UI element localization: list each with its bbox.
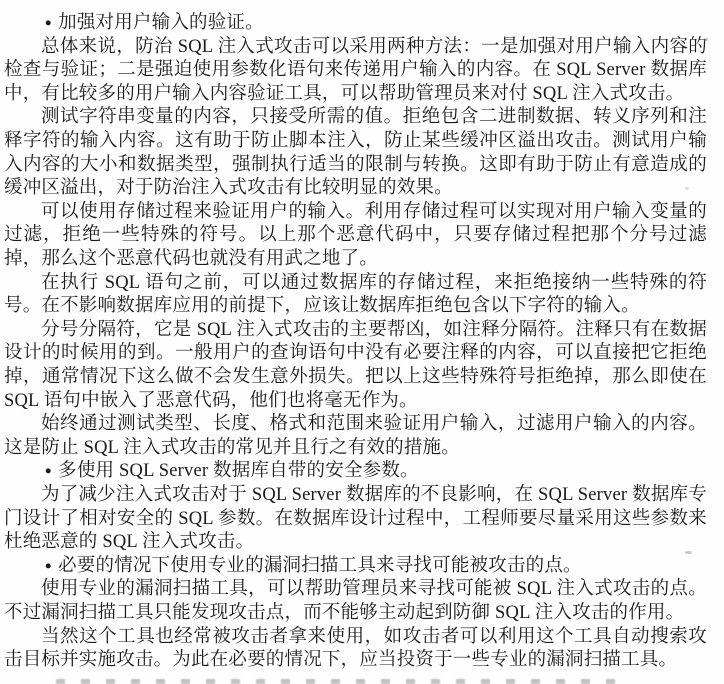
- paragraph-test-string-variables: 测试字符串变量的内容，只接受所需的值。拒绝包含二进制数据、转义序列和注释字符的输…: [4, 106, 707, 200]
- paragraph-text: 始终通过测试类型、长度、格式和范围来验证用户输入，过滤用户输入的内容。这是防止 …: [4, 414, 707, 458]
- paragraph-text: 可以使用存储过程来验证用户的输入。利用存储过程可以实现对用户输入变量的过滤，拒绝…: [4, 202, 707, 269]
- document-page: ●加强对用户输入的验证。 总体来说，防治 SQL 注入式攻击可以采用两种方法：一…: [0, 0, 724, 684]
- paragraph-text: 总体来说，防治 SQL 注入式攻击可以采用两种方法：一是加强对用户输入内容的检查…: [4, 37, 707, 104]
- paragraph-semicolon-delimiter: 分号分隔符，它是 SQL 注入式攻击的主要帮凶，如注释分隔符。注释只有在数据设计…: [4, 319, 707, 413]
- paragraph-text: 为了减少注入式攻击对于 SQL Server 数据库的不良影响，在 SQL Se…: [4, 485, 707, 552]
- bullet-item-vulnerability-scanner: ●必要的情况下使用专业的漏洞扫描工具来寻找可能被攻击的点。: [4, 555, 707, 579]
- paragraph-scanner-usage: 使用专业的漏洞扫描工具，可以帮助管理员来寻找可能被 SQL 注入式攻击的点。不过…: [4, 578, 707, 625]
- paragraph-always-validate: 始终通过测试类型、长度、格式和范围来验证用户输入，过滤用户输入的内容。这是防止 …: [4, 413, 707, 460]
- paragraph-text: 分号分隔符，它是 SQL 注入式攻击的主要帮凶，如注释分隔符。注释只有在数据设计…: [4, 320, 707, 411]
- paragraph-text: 当然这个工具也经常被攻击者拿来使用，如攻击者可以利用这个工具自动搜索攻击目标并实…: [4, 627, 707, 671]
- scan-speck-artifact: [685, 187, 689, 190]
- bullet-item-text: 必要的情况下使用专业的漏洞扫描工具来寻找可能被攻击的点。: [58, 556, 582, 576]
- bullet-item-safe-parameters: ●多使用 SQL Server 数据库自带的安全参数。: [4, 460, 707, 484]
- paragraph-text: 在执行 SQL 语句之前，可以通过数据库的存储过程，来拒绝接纳一些特殊的符号。在…: [4, 273, 707, 317]
- paragraph-text: 使用专业的漏洞扫描工具，可以帮助管理员来寻找可能被 SQL 注入式攻击的点。不过…: [4, 579, 707, 623]
- bullet-icon: ●: [45, 460, 52, 484]
- bullet-icon: ●: [45, 555, 52, 579]
- bullet-item-text: 加强对用户输入的验证。: [58, 13, 264, 33]
- paragraph-reject-special-symbols: 在执行 SQL 语句之前，可以通过数据库的存储过程，来拒绝接纳一些特殊的符号。在…: [4, 272, 707, 319]
- bullet-item-text: 多使用 SQL Server 数据库自带的安全参数。: [58, 461, 419, 481]
- scan-speck-artifact: [704, 38, 708, 41]
- bullet-item-strengthen-validation: ●加强对用户输入的验证。: [4, 12, 707, 36]
- paragraph-sql-server-parameters: 为了减少注入式攻击对于 SQL Server 数据库的不良影响，在 SQL Se…: [4, 484, 707, 555]
- bullet-icon: ●: [45, 12, 52, 36]
- paragraph-attackers-use-tool: 当然这个工具也经常被攻击者拿来使用，如攻击者可以利用这个工具自动搜索攻击目标并实…: [4, 626, 707, 673]
- paragraph-text: 测试字符串变量的内容，只接受所需的值。拒绝包含二进制数据、转义序列和注释字符的输…: [4, 107, 707, 198]
- scan-speck-artifact: [685, 551, 692, 554]
- paragraph-stored-procedures: 可以使用存储过程来验证用户的输入。利用存储过程可以实现对用户输入变量的过滤，拒绝…: [4, 201, 707, 272]
- paragraph-two-methods: 总体来说，防治 SQL 注入式攻击可以采用两种方法：一是加强对用户输入内容的检查…: [4, 36, 707, 107]
- cut-off-next-line-artifact: [56, 679, 628, 684]
